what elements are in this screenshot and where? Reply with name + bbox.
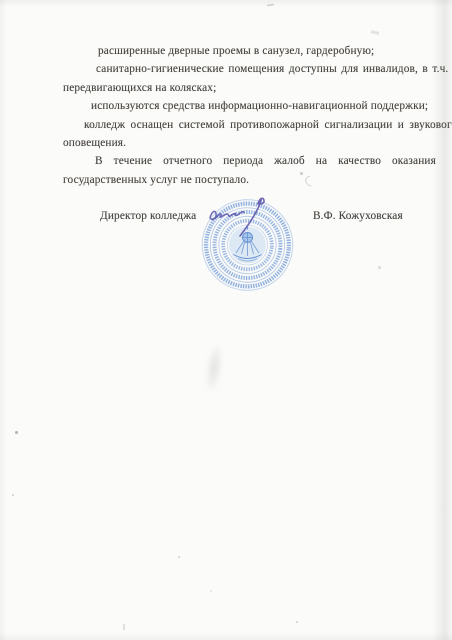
scan-speck (86, 124, 92, 127)
document-line: колледж оснащен системой противопожарной… (63, 118, 452, 132)
scan-speck (210, 590, 212, 592)
document-line: расширенные дверные проемы в санузел, га… (63, 44, 452, 58)
scan-speck (300, 172, 303, 175)
scan-speck (178, 556, 180, 558)
official-stamp-graphic (197, 193, 299, 297)
scan-speck (267, 4, 274, 7)
document-line: санитарно-гигиенические помещения доступ… (63, 62, 452, 76)
scan-edge-shadow (0, 0, 7, 640)
scan-smudge (202, 341, 225, 395)
scanned-document-page: расширенные дверные проемы в санузел, га… (0, 0, 452, 640)
scan-edge-shadow (0, 632, 452, 640)
scan-edge-shadow (432, 0, 452, 640)
document-line: оповещения. (63, 136, 431, 150)
scan-speck (12, 494, 14, 496)
signer-name-label: В.Ф. Кожуховская (313, 209, 403, 223)
document-line: используются средства информационно-нави… (63, 99, 452, 113)
scan-speck (15, 431, 18, 434)
document-line: передвигающихся на колясках; (63, 81, 431, 95)
scan-speck (378, 266, 381, 269)
document-line: государственных услуг не поступало. (63, 173, 431, 187)
scan-speck (296, 621, 298, 623)
scan-speck (371, 30, 379, 35)
scan-speck (123, 624, 125, 630)
signer-role-label: Директор колледжа (100, 209, 196, 223)
official-stamp (197, 193, 299, 297)
document-line: В течение отчетного периода жалоб на кач… (63, 154, 452, 168)
scan-edge-shadow (0, 0, 452, 7)
